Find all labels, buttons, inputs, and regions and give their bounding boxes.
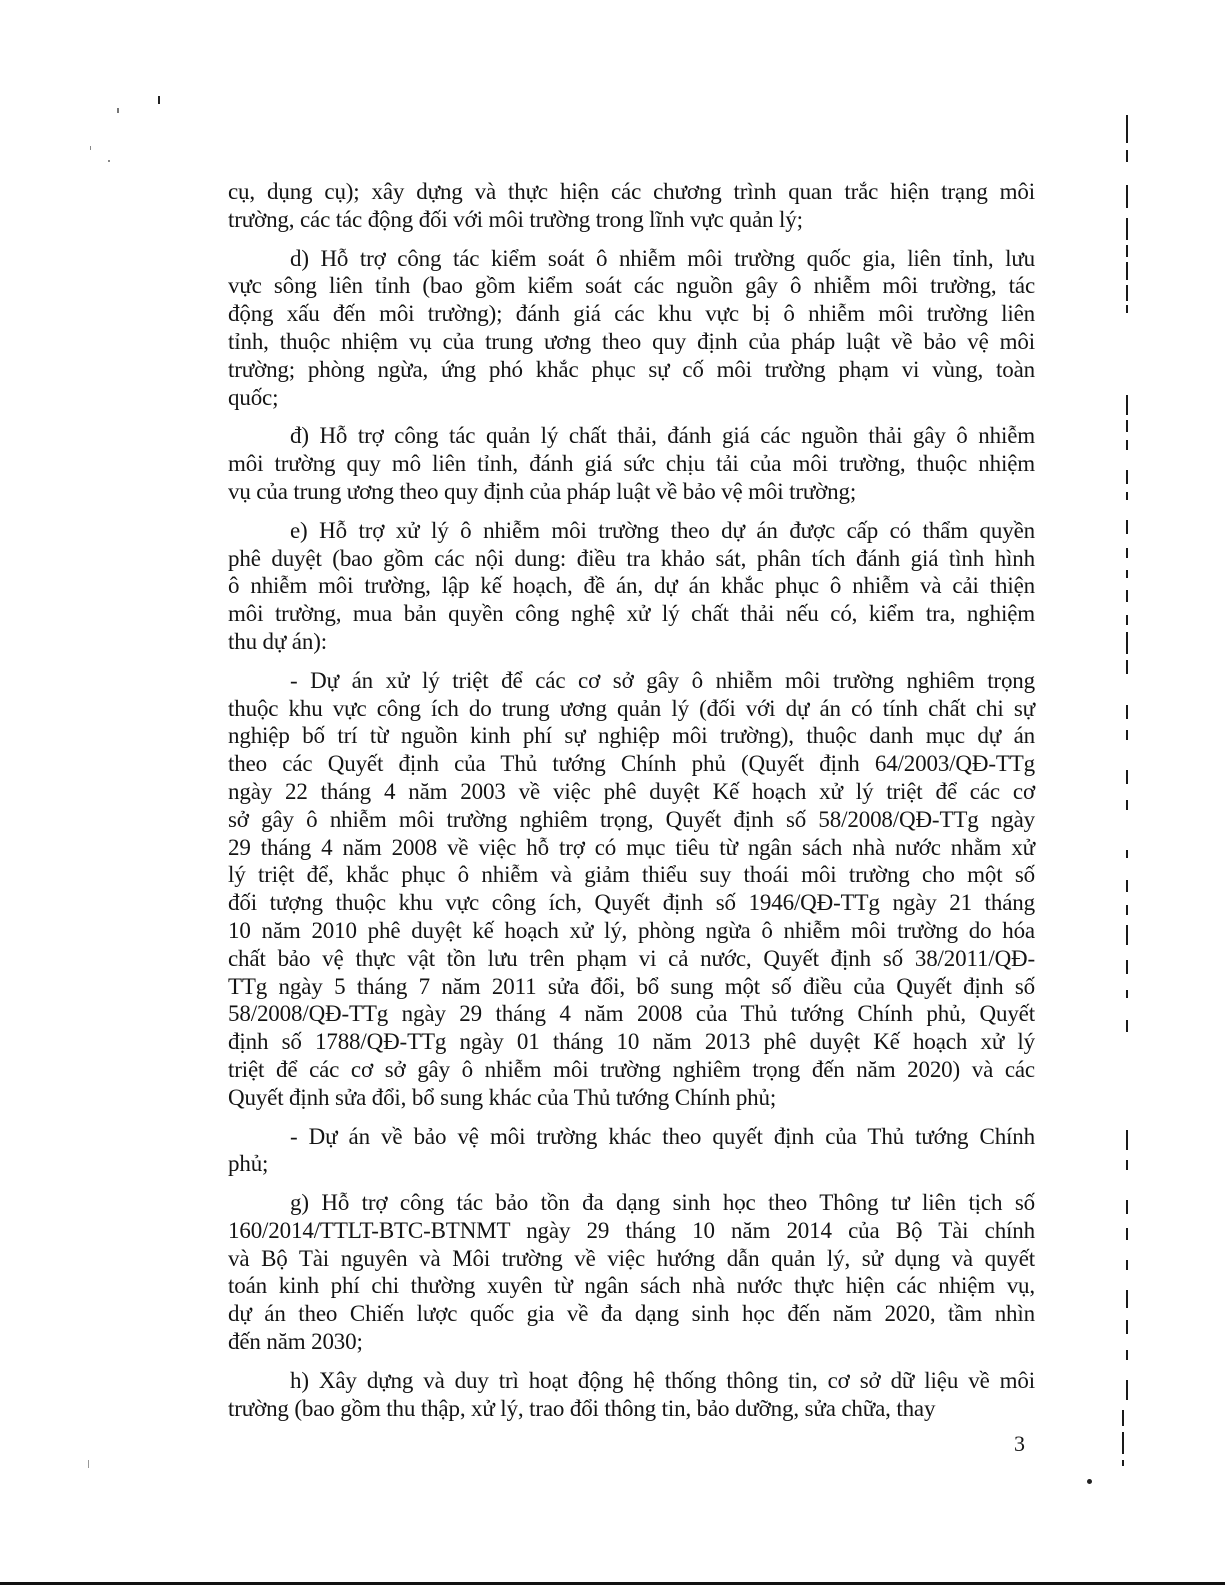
- scan-edge-dash: [1126, 285, 1128, 301]
- scan-edge-dash: [1126, 1228, 1128, 1240]
- paragraph-item-dd: đ) Hỗ trợ công tác quản lý chất thải, đá…: [228, 422, 1035, 505]
- text-line: vụ của trung ương theo quy định của pháp…: [228, 478, 1035, 506]
- scan-edge-dash: [1126, 1290, 1128, 1308]
- scan-speck: [117, 108, 119, 113]
- scan-edge-dash: [1126, 305, 1128, 313]
- text-line: môi trường, mua bản quyền công nghệ xử l…: [228, 600, 1035, 628]
- text-line: thuộc khu vực công ích do trung ương quả…: [228, 695, 1035, 723]
- text-line: d) Hỗ trợ công tác kiểm soát ô nhiễm môi…: [228, 245, 1035, 273]
- scan-edge-dash: [1122, 1410, 1124, 1426]
- scan-edge-dash: [1126, 150, 1128, 162]
- text-line: trường, các tác động đối với môi trường …: [228, 206, 1035, 234]
- text-line: phủ;: [228, 1150, 1035, 1178]
- scan-edge-dash: [1126, 615, 1128, 625]
- scan-edge-dash: [1126, 1260, 1128, 1270]
- scan-edge-dash: [1126, 440, 1128, 450]
- scan-edge-dash: [1126, 262, 1128, 280]
- scan-edge-dash: [1126, 632, 1128, 654]
- scanned-page: cụ, dụng cụ); xây dựng và thực hiện các …: [0, 0, 1225, 1585]
- text-line: đ) Hỗ trợ công tác quản lý chất thải, đá…: [228, 422, 1035, 450]
- scan-edge-dash: [1126, 990, 1128, 998]
- text-line: 58/2008/QĐ-TTg ngày 29 tháng 4 năm 2008 …: [228, 1000, 1035, 1028]
- text-line: theo các Quyết định của Thủ tướng Chính …: [228, 750, 1035, 778]
- text-line: vực sông liên tỉnh (bao gồm kiểm soát cá…: [228, 272, 1035, 300]
- paragraph-continuation: cụ, dụng cụ); xây dựng và thực hiện các …: [228, 178, 1035, 234]
- text-line: cụ, dụng cụ); xây dựng và thực hiện các …: [228, 178, 1035, 206]
- document-body: cụ, dụng cụ); xây dựng và thực hiện các …: [228, 178, 1035, 1433]
- scan-edge-dash: [1126, 925, 1128, 945]
- scan-edge-dash: [1126, 590, 1128, 602]
- scan-edge-dash: [1126, 470, 1128, 484]
- scan-edge-dash: [1126, 218, 1128, 240]
- scan-edge-dash: [1126, 1020, 1128, 1032]
- scan-edge-dash: [1126, 135, 1128, 143]
- text-line: trường; phòng ngừa, ứng phó khắc phục sự…: [228, 356, 1035, 384]
- text-line: đến năm 2030;: [228, 1328, 1035, 1356]
- text-line: e) Hỗ trợ xử lý ô nhiễm môi trường theo …: [228, 517, 1035, 545]
- scan-speck: [158, 96, 160, 104]
- scan-edge-dash: [1126, 730, 1128, 740]
- scan-edge-dash: [1126, 1130, 1128, 1150]
- scan-edge-dash: [1126, 705, 1128, 719]
- paragraph-item-g: g) Hỗ trợ công tác bảo tồn đa dạng sinh …: [228, 1189, 1035, 1356]
- text-line: thu dự án):: [228, 628, 1035, 656]
- text-line: sở gây ô nhiễm môi trường nghiêm trọng, …: [228, 806, 1035, 834]
- text-line: đối tượng thuộc khu vực công ích, Quyết …: [228, 889, 1035, 917]
- text-line: môi trường quy mô liên tỉnh, đánh giá sứ…: [228, 450, 1035, 478]
- text-line: toán kinh phí chi thường xuyên từ ngân s…: [228, 1272, 1035, 1300]
- text-line: phê duyệt (bao gồm các nội dung: điều tr…: [228, 545, 1035, 573]
- scan-edge-dash: [1126, 770, 1128, 784]
- scan-edge-dash: [1126, 245, 1128, 257]
- text-line: 29 tháng 4 năm 2008 về việc hỗ trợ có mụ…: [228, 834, 1035, 862]
- text-line: ô nhiễm môi trường, lập kế hoạch, đề án,…: [228, 572, 1035, 600]
- text-line: Quyết định sửa đổi, bổ sung khác của Thủ…: [228, 1084, 1035, 1112]
- paragraph-item-e-bullet-2: - Dự án về bảo vệ môi trường khác theo q…: [228, 1123, 1035, 1179]
- text-line: lý triệt để, khắc phục ô nhiễm và giảm t…: [228, 861, 1035, 889]
- scan-edge-dash: [1126, 395, 1128, 415]
- scan-edge-dash: [1126, 570, 1128, 578]
- paragraph-item-e-bullet-1: - Dự án xử lý triệt để các cơ sở gây ô n…: [228, 667, 1035, 1112]
- scan-edge-dash: [1126, 660, 1128, 674]
- text-line: triệt để các cơ sở gây ô nhiễm môi trườn…: [228, 1056, 1035, 1084]
- scan-speck: [108, 160, 110, 162]
- text-line: g) Hỗ trợ công tác bảo tồn đa dạng sinh …: [228, 1189, 1035, 1217]
- scan-speck: [90, 146, 91, 150]
- scan-edge-dash: [1126, 548, 1128, 558]
- scan-edge-dash: [1126, 960, 1128, 974]
- scan-edge-dash: [1126, 185, 1128, 199]
- scan-edge-dash: [1126, 420, 1128, 432]
- scan-dot: [1087, 1479, 1092, 1484]
- paragraph-item-h: h) Xây dựng và duy trì hoạt động hệ thốn…: [228, 1367, 1035, 1423]
- text-line: quốc;: [228, 384, 1035, 412]
- text-line: 10 năm 2010 phê duyệt kế hoạch xử lý, ph…: [228, 917, 1035, 945]
- text-line: và Bộ Tài nguyên và Môi trường về việc h…: [228, 1245, 1035, 1273]
- text-line: trường (bao gồm thu thập, xử lý, trao đổ…: [228, 1395, 1035, 1423]
- scan-edge-dash: [1126, 115, 1128, 135]
- text-line: ngày 22 tháng 4 năm 2003 về việc phê duy…: [228, 778, 1035, 806]
- scan-edge-dash: [1126, 880, 1128, 892]
- page-number: 3: [1014, 1431, 1025, 1457]
- text-line: h) Xây dựng và duy trì hoạt động hệ thốn…: [228, 1367, 1035, 1395]
- text-line: - Dự án về bảo vệ môi trường khác theo q…: [228, 1123, 1035, 1151]
- text-line: tỉnh, thuộc nhiệm vụ của trung ương theo…: [228, 328, 1035, 356]
- scan-edge-dash: [1126, 492, 1128, 500]
- scan-edge-dash: [1126, 850, 1128, 858]
- text-line: định số 1788/QĐ-TTg ngày 01 tháng 10 năm…: [228, 1028, 1035, 1056]
- scan-edge-dash: [1126, 198, 1128, 208]
- scan-edge-dash: [1122, 1460, 1124, 1466]
- scan-edge-dash: [1126, 1320, 1128, 1334]
- text-line: chất bảo vệ thực vật tồn lưu trên phạm v…: [228, 945, 1035, 973]
- scan-edge-dash: [1122, 1432, 1124, 1454]
- text-line: - Dự án xử lý triệt để các cơ sở gây ô n…: [228, 667, 1035, 695]
- scan-speck: [88, 1460, 89, 1468]
- scan-edge-dash: [1126, 905, 1128, 915]
- paragraph-item-e: e) Hỗ trợ xử lý ô nhiễm môi trường theo …: [228, 517, 1035, 656]
- text-line: dự án theo Chiến lược quốc gia về đa dạn…: [228, 1300, 1035, 1328]
- scan-edge-dash: [1126, 1160, 1128, 1170]
- scan-edge-dash: [1126, 520, 1128, 534]
- paragraph-item-d: d) Hỗ trợ công tác kiểm soát ô nhiễm môi…: [228, 245, 1035, 412]
- scan-edge-dash: [1126, 800, 1128, 810]
- scan-edge-dash: [1126, 1350, 1128, 1360]
- scan-edge-dash: [1126, 1200, 1128, 1214]
- scan-edge-dash: [1126, 1380, 1128, 1400]
- text-line: TTg ngày 5 tháng 7 năm 2011 sửa đổi, bổ …: [228, 973, 1035, 1001]
- text-line: động xấu đến môi trường); đánh giá các k…: [228, 300, 1035, 328]
- text-line: nghiệp bố trí từ nguồn kinh phí sự nghiệ…: [228, 722, 1035, 750]
- text-line: 160/2014/TTLT-BTC-BTNMT ngày 29 tháng 10…: [228, 1217, 1035, 1245]
